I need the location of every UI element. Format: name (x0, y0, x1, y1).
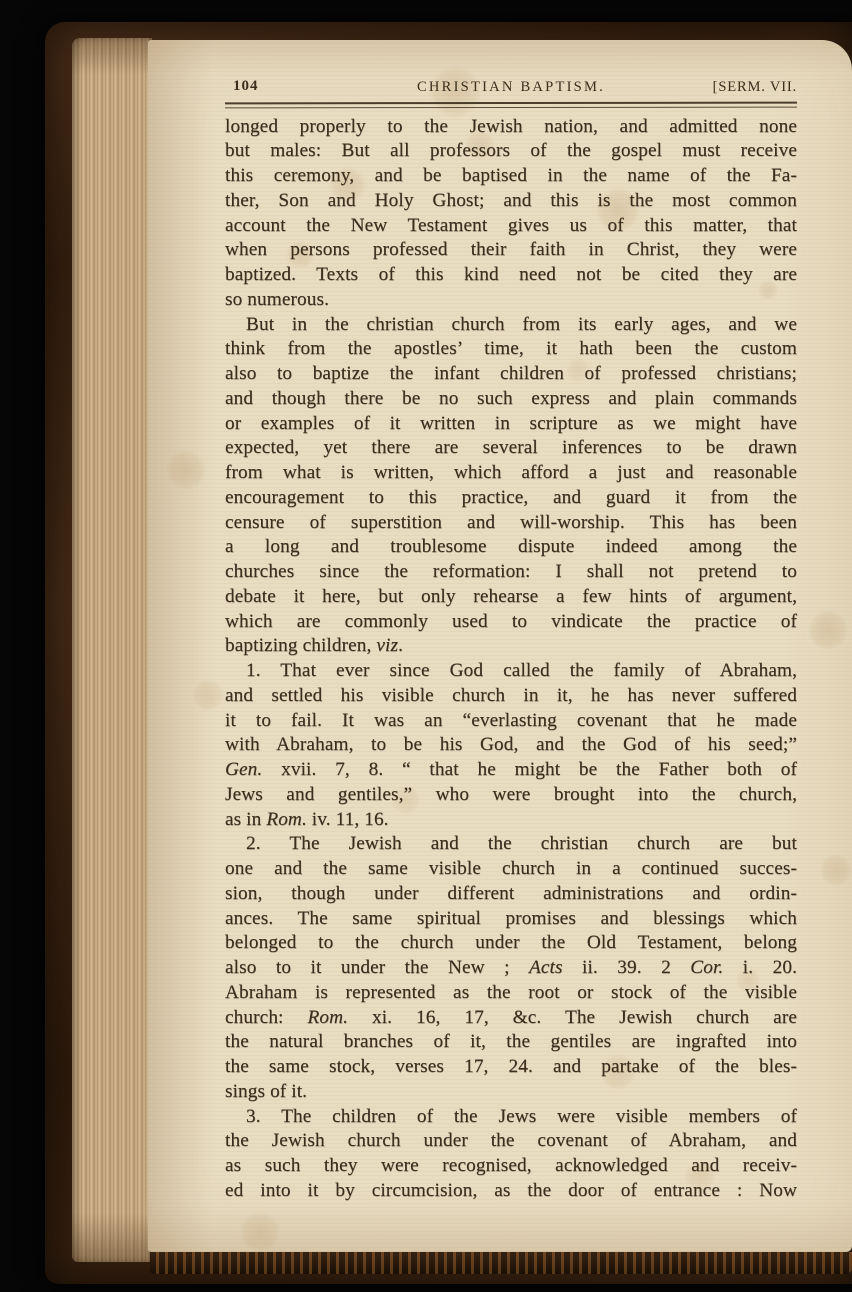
text-line: Gen. xvii. 7, 8. “ that he might be the … (225, 758, 797, 783)
text-line: longed properly to the Jewish nation, an… (225, 115, 797, 140)
book-page: 104 CHRISTIAN BAPTISM. [SERM. VII. longe… (148, 40, 852, 1252)
text-line: as in Rom. iv. 11, 16. (225, 808, 797, 833)
text-line: baptizing children, viz. (225, 634, 797, 659)
text-line: expected, yet there are several inferenc… (225, 436, 797, 461)
text-line: baptized. Texts of this kind need not be… (225, 263, 797, 288)
text-line: But in the christian church from its ear… (225, 313, 797, 338)
text-column: 104 CHRISTIAN BAPTISM. [SERM. VII. longe… (225, 78, 797, 1204)
text-line: which are commonly used to vindicate the… (225, 610, 797, 635)
text-line: from what is written, which afford a jus… (225, 461, 797, 486)
text-line: think from the apostles’ time, it hath b… (225, 337, 797, 362)
page-header: 104 CHRISTIAN BAPTISM. [SERM. VII. (225, 78, 797, 96)
stain-spot (808, 610, 848, 650)
text-line: as such they were recognised, acknowledg… (225, 1154, 797, 1179)
text-line: account the New Testament gives us of th… (225, 214, 797, 239)
section-label: [SERM. VII. (713, 79, 797, 96)
text-line: Abraham is represented as the root or st… (225, 981, 797, 1006)
text-line: the same stock, verses 17, 24. and parta… (225, 1055, 797, 1080)
text-line: church: Rom. xi. 16, 17, &c. The Jewish … (225, 1006, 797, 1031)
text-line: the natural branches of it, the gentiles… (225, 1030, 797, 1055)
text-line: 1. That ever since God called the family… (225, 659, 797, 684)
text-line: so numerous. (225, 288, 797, 313)
text-line: one and the same visible church in a con… (225, 857, 797, 882)
divider-rule (225, 102, 797, 108)
text-line: churches since the reformation: I shall … (225, 560, 797, 585)
text-line: encouragement to this practice, and guar… (225, 486, 797, 511)
text-line: belonged to the church under the Old Tes… (225, 931, 797, 956)
text-line: it to fail. It was an “everlasting coven… (225, 709, 797, 734)
text-line: the Jewish church under the covenant of … (225, 1129, 797, 1154)
text-line: debate it here, but only rehearse a few … (225, 585, 797, 610)
text-line: when persons professed their faith in Ch… (225, 238, 797, 263)
text-line: with Abraham, to be his God, and the God… (225, 733, 797, 758)
book-scan: 104 CHRISTIAN BAPTISM. [SERM. VII. longe… (0, 0, 852, 1292)
text-line: also to baptize the infant children of p… (225, 362, 797, 387)
text-line: sion, though under different administrat… (225, 882, 797, 907)
stain-spot (166, 450, 206, 490)
stain-spot (192, 679, 224, 711)
running-title: CHRISTIAN BAPTISM. (417, 79, 605, 96)
text-line: sings of it. (225, 1080, 797, 1105)
text-line: 2. The Jewish and the christian church a… (225, 832, 797, 857)
text-line: ances. The same spiritual promises and b… (225, 907, 797, 932)
text-line: a long and troublesome dispute indeed am… (225, 535, 797, 560)
text-line: ther, Son and Holy Ghost; and this is th… (225, 189, 797, 214)
text-line: but males: But all professors of the gos… (225, 139, 797, 164)
text-line: this ceremony, and be baptised in the na… (225, 164, 797, 189)
text-line: ed into it by circumcision, as the door … (225, 1179, 797, 1204)
text-line: Jews and gentiles,” who were brought int… (225, 783, 797, 808)
text-line: and settled his visible church in it, he… (225, 684, 797, 709)
page-edges (72, 38, 152, 1262)
stain-spot (240, 1212, 280, 1252)
body-text: longed properly to the Jewish nation, an… (225, 115, 797, 1204)
text-line: also to it under the New ; Acts ii. 39. … (225, 956, 797, 981)
text-line: and though there be no such express and … (225, 387, 797, 412)
book-bottom-edge (150, 1252, 852, 1274)
page-number: 104 (233, 78, 259, 95)
stain-spot (820, 854, 852, 886)
text-line: 3. The children of the Jews were visible… (225, 1105, 797, 1130)
text-line: or examples of it written in scripture a… (225, 412, 797, 437)
text-line: censure of superstition and will-worship… (225, 511, 797, 536)
